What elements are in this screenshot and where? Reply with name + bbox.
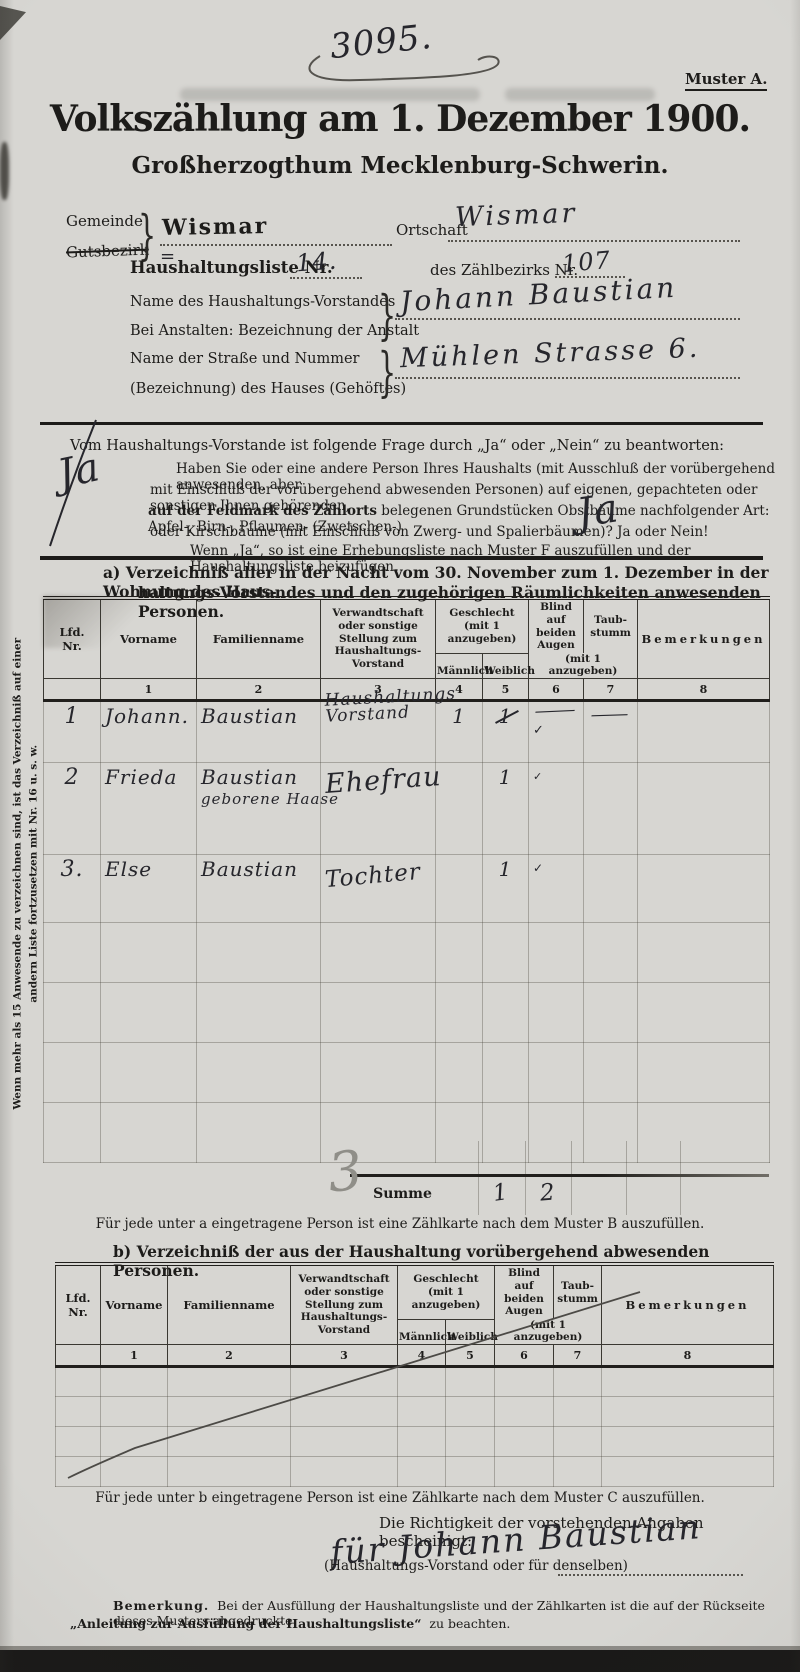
row2-blind-check: ✓ [533, 770, 543, 783]
table-row: 3. Else Baustian Tochter 1 ✓ [44, 855, 770, 923]
scan-bottom-edge [0, 1646, 800, 1650]
col-header-vorname: Vorname [101, 598, 197, 679]
inline-answer-ja: Ja [574, 485, 622, 536]
summe-col-line [478, 1141, 479, 1215]
doc-number-flourish [290, 38, 510, 88]
table-b-cancellation-stroke [40, 1280, 680, 1485]
col-header-weiblich: Weiblich [483, 653, 529, 679]
vorstand-dotted [395, 318, 740, 320]
col-header-lfd-nr: Lfd.Nr. [44, 598, 101, 679]
table-row-empty [44, 1103, 770, 1163]
col-header-stellung: Verwandtschaft oder sonstige Stellung zu… [321, 598, 436, 679]
row2-vorname: Frieda [105, 765, 177, 789]
col-header-bemerkungen: Bemerkungen [638, 598, 770, 679]
muster-label: Muster A. [685, 70, 767, 91]
col-number: 8 [638, 679, 770, 701]
row3-blind-check: ✓ [533, 861, 544, 875]
margin-note: Wenn mehr als 15 Anwesende zu verzeichne… [10, 594, 42, 1154]
gemeinde-dotted-line [160, 244, 392, 246]
zaehlbezirk-value: 107 [561, 246, 612, 278]
strasse-dotted [395, 377, 740, 379]
margin-answer-ja: Ja [54, 444, 105, 498]
table-row: 1 Johann. Baustian HaushaltungsVorstand … [44, 701, 770, 763]
census-form-scan: 3095. Muster A. Volkszählung am 1. Dezem… [0, 0, 800, 1672]
summe-col-line [626, 1141, 627, 1215]
col-header-taubstumm: Taub-stumm [584, 598, 638, 653]
margin-note-line1: Wenn mehr als 15 Anwesende zu verzeichne… [11, 638, 23, 1110]
footer-remark-line2: „Anleitung zur Ausfüllung der Haushaltun… [70, 1616, 510, 1631]
row2-familienname: Baustian [201, 765, 298, 789]
row1-maennlich: 1 [452, 704, 466, 728]
col-header-geschlecht: Geschlecht(mit 1 anzugeben) [436, 598, 529, 653]
summe-col-line [571, 1141, 572, 1215]
row1-blind-check: ✓ [533, 723, 579, 738]
question-intro: Vom Haushaltungs-Vorstande ist folgende … [70, 438, 724, 454]
strasse-brace: } [378, 341, 396, 403]
question-line3-bold: auf der Feldmark des Zählorts [148, 503, 377, 519]
vorstand-brace: } [378, 284, 396, 346]
certify-dotted [558, 1574, 743, 1576]
note-a: Für jede unter a eingetragene Person ist… [0, 1216, 800, 1232]
strasse-value: Mühlen Strasse 6. [400, 333, 701, 374]
col-number: 2 [197, 679, 321, 701]
page-subtitle: Großherzogthum Mecklenburg-Schwerin. [0, 152, 800, 179]
summe-pencil-total: 3 [325, 1138, 367, 1204]
row1-vorname: Johann. [105, 704, 189, 728]
summe-label: Summe [360, 1186, 445, 1202]
margin-note-line2: andern Liste fortzusetzen mit Nr. 16 u. … [27, 745, 39, 1003]
ortschaft-dotted-line [448, 240, 740, 242]
ortschaft-value: Wismar [454, 198, 577, 233]
strasse-label: Name der Straße und Nummer [130, 351, 360, 367]
row2-stellung: Ehefrau [324, 761, 442, 800]
col-number: 5 [483, 679, 529, 701]
row1-stellung: HaushaltungsVorstand [324, 687, 432, 725]
table-row: 2 Frieda Baustian geborene Haase Ehefrau… [44, 763, 770, 855]
anstalt-label: Bei Anstalten: Bezeichnung der Anstalt [130, 323, 419, 339]
summe-col-line [680, 1141, 681, 1215]
col-header-blind: Blind auf beiden Augen [529, 598, 584, 653]
haushaltungsliste-dotted [290, 277, 362, 279]
gemeinde-label: Gemeinde [66, 212, 143, 230]
col-header-familienname: Familienname [197, 598, 321, 679]
row3-stellung: Tochter [324, 859, 422, 893]
question-line4: oder Kirschbäume (mit Einschluß von Zwer… [150, 524, 709, 540]
row2-familienname-zusatz: geborene Haase [201, 790, 339, 808]
row3-familienname: Baustian [201, 857, 298, 881]
divider-rule [40, 422, 763, 425]
row3-vorname: Else [105, 857, 152, 881]
page-title: Volkszählung am 1. Dezember 1900. [0, 98, 800, 140]
footer-remark-text2: zu beachten. [429, 1616, 510, 1631]
note-b: Für jede unter b eingetragene Person ist… [0, 1490, 800, 1506]
col-number-blank [44, 679, 101, 701]
summe-weiblich: 2 [539, 1179, 557, 1206]
col-header-mit1: (mit 1 anzugeben) [529, 653, 638, 679]
table-row-empty [44, 923, 770, 983]
vorstand-label: Name des Haushaltungs-Vorstandes [130, 294, 395, 310]
footer-remark-label: Bemerkung. [113, 1598, 209, 1613]
gemeinde-brace: } [138, 204, 156, 266]
certify-sub-label: (Haushaltungs-Vorstand oder für denselbe… [324, 1558, 628, 1574]
gemeinde-stamp: Wismar [162, 213, 269, 241]
table-present-persons: Lfd.Nr. Vorname Familienname Verwandtsch… [43, 596, 770, 1163]
footer-remark-bold-title: „Anleitung zur Ausfüllung der Haushaltun… [70, 1616, 421, 1631]
haushaltungsliste-value: 14. [295, 247, 338, 278]
summe-col-line [525, 1141, 526, 1215]
row3-weiblich: 1 [499, 857, 513, 881]
haus-label: (Bezeichnung) des Hauses (Gehöftes) [130, 381, 406, 397]
row1-nr: 1 [65, 704, 80, 729]
row3-nr: 3. [61, 857, 84, 882]
divider-rule [40, 556, 763, 560]
row1-familienname: Baustian [201, 704, 298, 728]
row2-weiblich: 1 [499, 765, 513, 789]
col-header-maennlich: Männlich [436, 653, 483, 679]
row1-taub-dash: — [588, 704, 633, 726]
table-row-empty [44, 983, 770, 1043]
col-number: 1 [101, 679, 197, 701]
table-row-empty [44, 1043, 770, 1103]
col-number: 6 [529, 679, 584, 701]
scan-bottom-bar [0, 1650, 800, 1672]
summe-top-rule [350, 1174, 769, 1177]
row2-nr: 2 [65, 765, 80, 790]
summe-maennlich: 1 [491, 1179, 510, 1207]
torn-corner-mark [0, 6, 26, 40]
